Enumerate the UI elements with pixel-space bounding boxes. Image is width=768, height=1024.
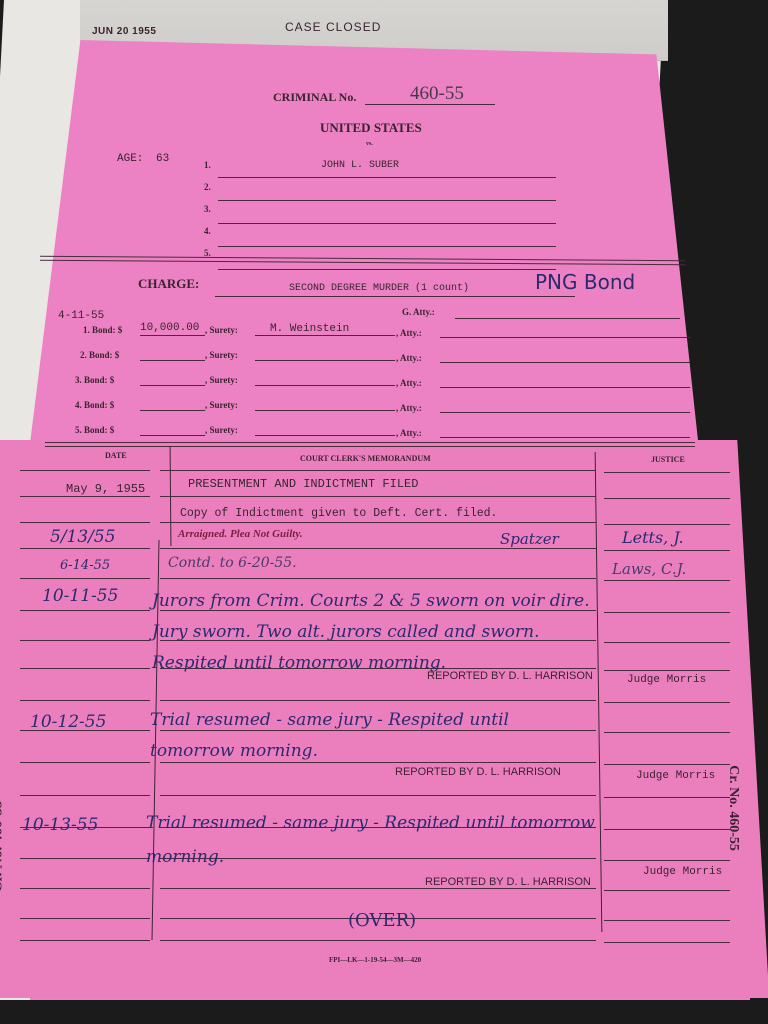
- ruled-line: [604, 920, 730, 921]
- ruled-line: [160, 578, 596, 579]
- surety-label: , Surety:: [205, 400, 238, 410]
- bond-row-label: 5. Bond: $: [75, 425, 114, 435]
- ruled-line: [604, 524, 730, 525]
- entry-memo: Copy of Indictment given to Deft. Cert. …: [180, 507, 497, 520]
- criminal-no-line: [365, 104, 495, 105]
- defendant-line: [218, 200, 556, 201]
- atty-label: , Atty.:: [396, 328, 422, 338]
- ruled-line: [160, 888, 596, 889]
- age-value: 63: [156, 153, 169, 165]
- entry-memo: PRESENTMENT AND INDICTMENT FILED: [188, 477, 418, 491]
- side-label-left: Cr. No. 460-55: [0, 801, 6, 893]
- ruled-line: [160, 522, 596, 523]
- entry-justice: Laws, C.J.: [612, 560, 686, 578]
- surety-label: , Surety:: [205, 325, 238, 335]
- col-header-justice: JUSTICE: [651, 455, 685, 464]
- defendant-number: 1.: [204, 160, 211, 170]
- ruled-line: [160, 496, 596, 497]
- ruled-line: [20, 496, 150, 497]
- defendant-line: [218, 246, 556, 247]
- defendant-number: 2.: [204, 182, 211, 192]
- reported-by: REPORTED BY D. L. HARRISON: [427, 670, 593, 682]
- surety-line: [255, 385, 395, 386]
- ruled-line: [20, 522, 150, 523]
- ruled-line: [160, 548, 596, 549]
- entry-memo: Trial resumed - same jury - Respited unt…: [150, 705, 595, 767]
- criminal-no-label: CRIMINAL No.: [273, 90, 356, 105]
- bond-amount-line: [140, 335, 205, 336]
- ruled-line: [604, 472, 730, 473]
- atty-line: [440, 362, 690, 363]
- surety-line: [255, 410, 395, 411]
- defendant-line: [218, 177, 556, 178]
- ruled-line: [160, 940, 596, 941]
- entry-memo: Contd. to 6-20-55.: [168, 555, 297, 571]
- ruled-line: [20, 795, 150, 796]
- ruled-line: [160, 795, 596, 796]
- entry-date: 5/13/55: [50, 527, 116, 547]
- g-atty-line: [455, 318, 680, 319]
- atty-label: , Atty.:: [396, 428, 422, 438]
- ruled-line: [20, 470, 150, 471]
- ruled-line: [604, 580, 730, 581]
- entry-justice: Judge Morris: [636, 770, 715, 782]
- ruled-line: [20, 700, 150, 701]
- surety-line: [255, 335, 395, 336]
- entry-date: 10-12-55: [30, 712, 106, 732]
- atty-label: , Atty.:: [396, 403, 422, 413]
- charge-label: CHARGE:: [138, 276, 199, 292]
- atty-line: [440, 337, 690, 338]
- charge-handwritten-note: PNG Bond: [535, 270, 635, 294]
- bond-amount: 10,000.00: [140, 322, 199, 334]
- over-note: (OVER): [348, 910, 416, 931]
- bond-row-label: 1. Bond: $: [83, 325, 122, 335]
- ruled-line: [604, 797, 730, 798]
- charge-value: SECOND DEGREE MURDER (1 count): [289, 283, 469, 294]
- ruled-line: [604, 670, 730, 671]
- plaintiff: UNITED STATES: [320, 120, 422, 136]
- bond-amount-line: [140, 410, 205, 411]
- entry-date: 10-13-55: [22, 815, 98, 835]
- ruled-line: [604, 702, 730, 703]
- ruled-line: [20, 888, 150, 889]
- defendant-number: 3.: [204, 204, 211, 214]
- ruled-line: [20, 918, 150, 919]
- ruled-line: [604, 732, 730, 733]
- bond-row-label: 4. Bond: $: [75, 400, 114, 410]
- versus: vs.: [366, 141, 373, 147]
- surety-line: [255, 360, 395, 361]
- atty-label: , Atty.:: [396, 378, 422, 388]
- bond-row-label: 2. Bond: $: [80, 350, 119, 360]
- side-label-right: Cr. No. 460-55: [725, 765, 741, 851]
- ruled-line: [160, 700, 596, 701]
- bond-amount-line: [140, 360, 205, 361]
- atty-line: [440, 437, 690, 438]
- atty-line: [440, 387, 690, 388]
- ruled-line: [20, 940, 150, 941]
- bond-date-note: 4-11-55: [58, 310, 104, 322]
- surety-line: [255, 435, 395, 436]
- entry-justice: Letts, J.: [622, 528, 684, 547]
- ruled-line: [604, 642, 730, 643]
- col-header-date: DATE: [105, 451, 127, 460]
- surety-label: , Surety:: [205, 425, 238, 435]
- defendant-line: [218, 269, 556, 270]
- bond-amount-line: [140, 385, 205, 386]
- ruled-line: [604, 890, 730, 891]
- atty-label: , Atty.:: [396, 353, 422, 363]
- bond-amount-line: [140, 435, 205, 436]
- ruled-line: [20, 858, 150, 859]
- entry-date: May 9, 1955: [66, 482, 145, 496]
- ruled-line: [604, 764, 730, 765]
- surety-label: , Surety:: [205, 350, 238, 360]
- ruled-line: [20, 640, 150, 641]
- received-date-stamp: JUN 20 1955: [92, 26, 156, 37]
- surety-label: , Surety:: [205, 375, 238, 385]
- ruled-line: [604, 612, 730, 613]
- ruled-line: [604, 829, 730, 830]
- defendant-name: JOHN L. SUBER: [321, 160, 399, 171]
- ruled-line: [604, 550, 730, 551]
- defendant-number: 4.: [204, 226, 211, 236]
- print-code: FPI—LK—1-19-54—3M—420: [329, 956, 421, 964]
- reported-by: REPORTED BY D. L. HARRISON: [395, 766, 561, 778]
- entry-date: 6-14-55: [60, 558, 110, 573]
- reported-by: REPORTED BY D. L. HARRISON: [425, 876, 591, 888]
- col-header-memo: COURT CLERK'S MEMORANDUM: [300, 454, 431, 463]
- atty-line: [440, 412, 690, 413]
- surety-value: M. Weinstein: [270, 323, 349, 335]
- ruled-line: [20, 548, 150, 549]
- case-closed-stamp: CASE CLOSED: [285, 20, 381, 34]
- entry-date: 10-11-55: [42, 586, 118, 606]
- ruled-line: [20, 610, 150, 611]
- age-label: AGE:: [117, 153, 143, 165]
- entry-memo: Jurors from Crim. Courts 2 & 5 sworn on …: [152, 586, 597, 679]
- entry-justice: Judge Morris: [627, 674, 706, 686]
- entry-memo-note: Spatzer: [500, 530, 559, 548]
- g-atty-label: G. Atty.:: [402, 307, 435, 317]
- docket-divider: [45, 442, 695, 447]
- entry-justice: Judge Morris: [643, 866, 722, 878]
- ruled-line: [20, 668, 150, 669]
- entry-memo: Trial resumed - same jury - Respited unt…: [146, 806, 606, 874]
- ruled-line: [20, 762, 150, 763]
- defendant-line: [218, 223, 556, 224]
- ruled-line: [604, 498, 730, 499]
- bond-row-label: 3. Bond: $: [75, 375, 114, 385]
- criminal-no-value: 460-55: [410, 83, 464, 105]
- charge-line: [215, 296, 575, 297]
- ruled-line: [604, 860, 730, 861]
- ruled-line: [160, 470, 596, 471]
- entry-memo: Arraigned. Plea Not Guilty.: [178, 528, 303, 540]
- ruled-line: [604, 942, 730, 943]
- ruled-line: [20, 578, 150, 579]
